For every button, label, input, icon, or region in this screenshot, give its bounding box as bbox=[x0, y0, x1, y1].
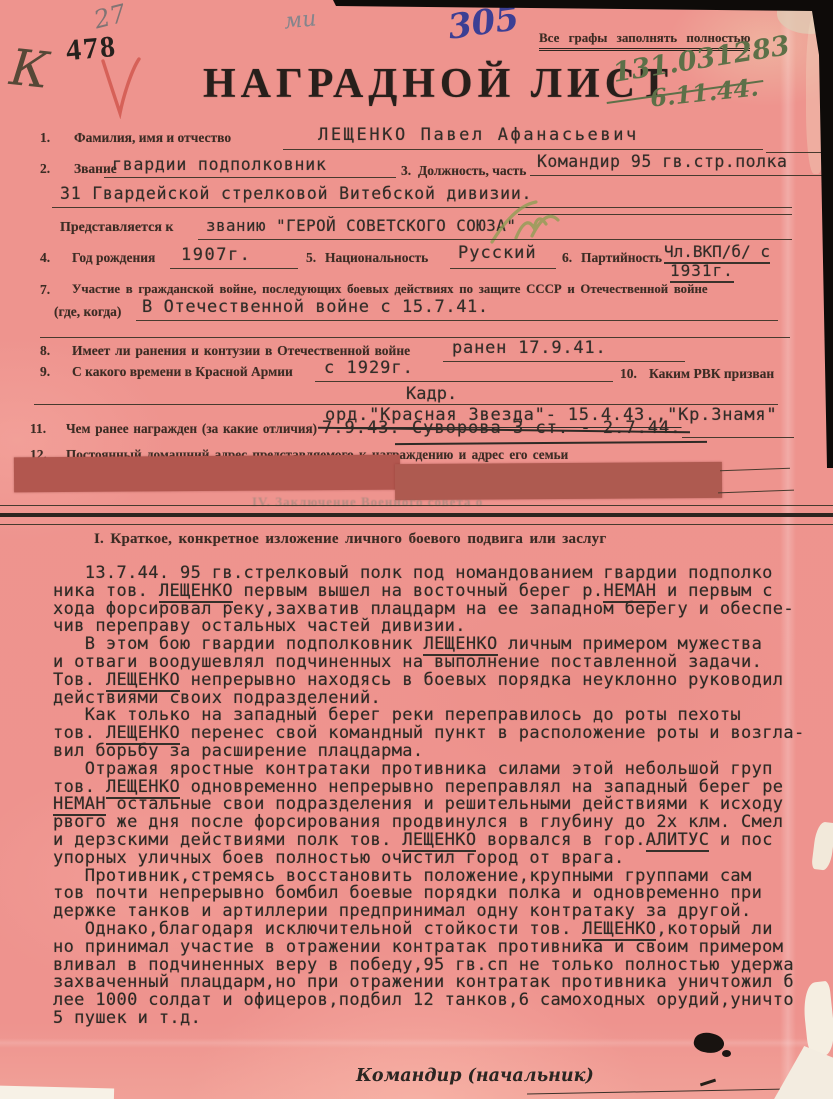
presented-label: Представляется к bbox=[60, 220, 173, 236]
torn-paper bbox=[806, 14, 826, 174]
field-2-label: Звание bbox=[74, 161, 117, 177]
underline bbox=[682, 437, 794, 438]
section-rule-thick bbox=[0, 513, 833, 517]
section-rule bbox=[0, 524, 833, 525]
torn-paper bbox=[0, 1086, 114, 1099]
field-11-number: 11. bbox=[30, 421, 46, 437]
scanned-award-sheet: К 478 27 ми 305 Все графы заполнять полн… bbox=[0, 0, 833, 1099]
underline bbox=[395, 441, 707, 445]
handwritten-k: К bbox=[7, 38, 52, 100]
field-9-number: 9. bbox=[40, 364, 50, 380]
underline bbox=[443, 361, 685, 362]
field-8-label: Имеет ли ранения и контузии в Отечествен… bbox=[72, 343, 410, 359]
signature-line bbox=[527, 1088, 789, 1094]
red-checkmark-icon bbox=[96, 55, 144, 119]
underline bbox=[136, 320, 778, 321]
field-4-number: 4. bbox=[40, 250, 50, 266]
field-3-label: Должность, часть bbox=[418, 163, 526, 179]
field-7-label2: (где, когда) bbox=[54, 304, 121, 320]
pencil-mi: ми bbox=[283, 6, 318, 34]
underline bbox=[198, 239, 792, 240]
underline bbox=[450, 268, 556, 269]
field-10-label: Каким РВК призван bbox=[649, 366, 774, 382]
form-title: НАГРАДНОЙ ЛИСТ bbox=[203, 60, 673, 108]
page-number-305: 305 bbox=[446, 0, 522, 48]
underline bbox=[283, 149, 763, 150]
ink-blob bbox=[722, 1050, 731, 1057]
field-1-value: ЛЕЩЕНКО Павел Афанасьевич bbox=[318, 125, 639, 145]
citation-text: 13.7.44. 95 гв.стрелковый полк под номан… bbox=[53, 565, 833, 1035]
field-9-label: С какого времени в Красной Армии bbox=[72, 364, 293, 380]
field-6-number: 6. bbox=[562, 250, 572, 266]
pencil-27: 27 bbox=[91, 0, 129, 34]
ink-scribble bbox=[700, 1079, 716, 1087]
field-4-value: 1907г. bbox=[181, 245, 251, 265]
field-2-value: гвардии подполковник bbox=[112, 155, 327, 174]
citation-line: 5 пушек и т.д. bbox=[53, 1010, 833, 1028]
citation-line: но принимал участие в отражении контрата… bbox=[53, 939, 833, 957]
citation-line: упорных уличных боев полностью очистил г… bbox=[53, 850, 833, 868]
torn-paper bbox=[769, 1046, 833, 1099]
underline bbox=[52, 207, 792, 208]
section-rule bbox=[0, 505, 833, 506]
field-7-number: 7. bbox=[40, 282, 50, 298]
section-heading: I. Краткое, конкретное изложение личного… bbox=[94, 531, 606, 548]
bleed-through-text: IV. Заключение Военного совета о bbox=[252, 494, 483, 510]
field-6-value-line2: 1931г. bbox=[670, 261, 734, 283]
underline bbox=[40, 337, 790, 338]
citation-line: ника тов. ЛЕЩЕНКО первым вышел на восточ… bbox=[53, 583, 833, 601]
citation-line: Отражая яростные контратаки противника с… bbox=[53, 761, 833, 779]
field-3-value: Командир 95 гв.стр.полка bbox=[537, 152, 787, 171]
underline bbox=[170, 268, 298, 269]
field-5-value: Русский bbox=[458, 243, 537, 263]
redaction-block-1 bbox=[14, 455, 400, 493]
field-2-number: 2. bbox=[40, 161, 50, 177]
field-4-label: Год рождения bbox=[72, 250, 155, 266]
field-8-number: 8. bbox=[40, 343, 50, 359]
field-1-number: 1. bbox=[40, 130, 50, 146]
field-7-label: Участие в гражданской войне, последующих… bbox=[72, 282, 708, 297]
signature-label: Командир (начальник) bbox=[356, 1066, 594, 1086]
presented-value: званию "ГЕРОЙ СОВЕТСКОГО СОЮЗА" bbox=[206, 216, 516, 235]
field-3-number: 3. bbox=[401, 163, 411, 179]
citation-line: Тов. ЛЕЩЕНКО непрерывно находясь в боевы… bbox=[53, 672, 833, 690]
underline bbox=[104, 177, 396, 178]
field-1-label: Фамилия, имя и отчество bbox=[74, 130, 231, 146]
field-10-number: 10. bbox=[620, 366, 637, 382]
field-5-label: Национальность bbox=[325, 250, 428, 266]
field-9-value-line2: Кадр. bbox=[406, 384, 457, 404]
field-3-value-line2: 31 Гвардейской стрелковой Витебской диви… bbox=[60, 184, 532, 203]
field-7-value: В Отечественной войне с 15.7.41. bbox=[142, 297, 489, 317]
field-8-value: ранен 17.9.41. bbox=[452, 338, 607, 358]
field-11-label: Чем ранее награжден (за какие отличия) bbox=[66, 421, 317, 437]
underline bbox=[315, 381, 613, 382]
field-6-label: Партийность bbox=[581, 250, 662, 266]
underline bbox=[530, 175, 830, 176]
field-5-number: 5. bbox=[306, 250, 316, 266]
field-9-value: с 1929г. bbox=[324, 358, 414, 378]
